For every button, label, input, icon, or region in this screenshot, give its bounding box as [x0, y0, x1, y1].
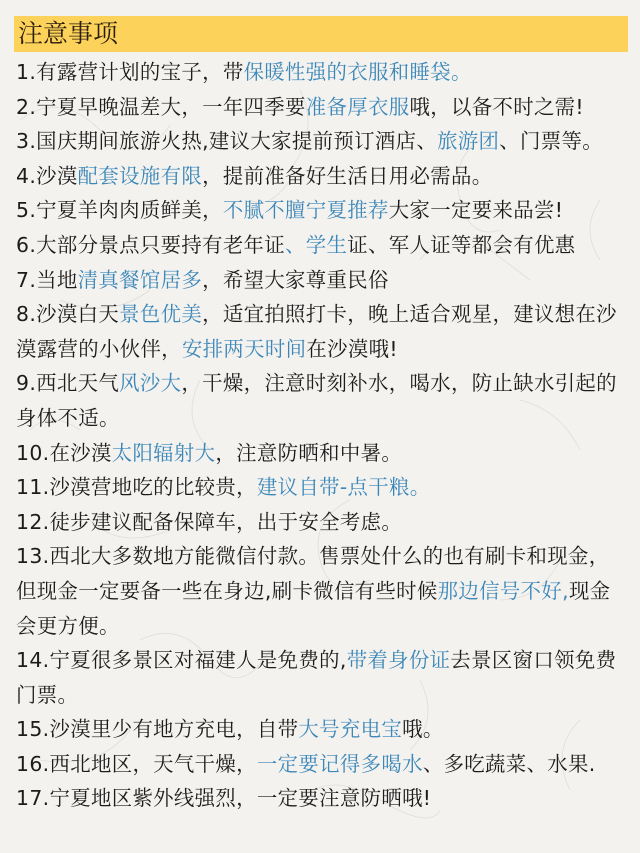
note-text: 3.国庆期间旅游火热,建议大家提前预订酒店、 — [16, 129, 437, 153]
note-highlight: 一定要记得多喝水 — [257, 752, 423, 776]
note-highlight: 太阳辐射大 — [112, 441, 216, 465]
note-highlight: 清真餐馆居多 — [78, 268, 202, 292]
notes-document: 注意事项 1.有露营计划的宝子，带保暖性强的衣服和睡袋。 2.宁夏早晚温差大，一… — [14, 16, 628, 816]
note-highlight: 、学生 — [285, 233, 347, 257]
note-item-5: 5.宁夏羊肉肉质鲜美，不腻不膻宁夏推荐大家一定要来品尝! — [16, 193, 628, 228]
notes-list: 1.有露营计划的宝子，带保暖性强的衣服和睡袋。 2.宁夏早晚温差大，一年四季要准… — [14, 55, 628, 816]
note-text: 2.宁夏早晚温差大，一年四季要 — [16, 95, 306, 119]
note-highlight: 大号充电宝 — [298, 717, 402, 741]
note-highlight: 安排两天时间 — [182, 337, 306, 361]
note-text: 在沙漠哦! — [306, 337, 398, 361]
note-item-1: 1.有露营计划的宝子，带保暖性强的衣服和睡袋。 — [16, 55, 628, 90]
note-text: ，提前准备好生活日用必需品。 — [202, 164, 492, 188]
note-highlight: 准备厚衣服 — [306, 95, 410, 119]
note-text: 17.宁夏地区紫外线强烈，一定要注意防晒哦! — [16, 786, 431, 810]
note-text: 证、军人证等都会有优惠 — [347, 233, 575, 257]
title-banner: 注意事项 — [14, 16, 628, 52]
note-text: 5.宁夏羊肉肉质鲜美， — [16, 198, 223, 222]
note-highlight: 风沙大 — [119, 371, 181, 395]
note-text: 10.在沙漠 — [16, 441, 112, 465]
note-text: 8.沙漠白天 — [16, 302, 119, 326]
note-text: 大家一定要来品尝! — [389, 198, 563, 222]
note-item-14: 14.宁夏很多景区对福建人是免费的,带着身份证去景区窗口领免费门票。 — [16, 643, 628, 712]
note-text: 15.沙漠里少有地方充电，自带 — [16, 717, 298, 741]
note-item-15: 15.沙漠里少有地方充电，自带大号充电宝哦。 — [16, 712, 628, 747]
note-item-10: 10.在沙漠太阳辐射大，注意防晒和中暑。 — [16, 436, 628, 471]
note-text: 1.有露营计划的宝子，带 — [16, 60, 244, 84]
note-item-3: 3.国庆期间旅游火热,建议大家提前预订酒店、旅游团、门票等。 — [16, 124, 628, 159]
note-item-8: 8.沙漠白天景色优美，适宜拍照打卡，晚上适合观星，建议想在沙漠露营的小伙伴，安排… — [16, 297, 628, 366]
note-highlight: 配套设施有限 — [78, 164, 202, 188]
note-item-16: 16.西北地区，天气干燥，一定要记得多喝水、多吃蔬菜、水果. — [16, 747, 628, 782]
note-text: 12.徒步建议配备保障车，出于安全考虑。 — [16, 510, 402, 534]
note-item-13: 13.西北大多数地方能微信付款。售票处什么的也有刷卡和现金，但现金一定要备一些在… — [16, 539, 628, 643]
note-text: 9.西北天气 — [16, 371, 119, 395]
note-item-11: 11.沙漠营地吃的比较贵，建议自带-点干粮。 — [16, 470, 628, 505]
note-text: ，注意防晒和中暑。 — [215, 441, 402, 465]
note-item-17: 17.宁夏地区紫外线强烈，一定要注意防晒哦! — [16, 781, 628, 816]
note-text: 哦，以备不时之需! — [410, 95, 584, 119]
page-title: 注意事项 — [18, 16, 118, 52]
note-item-12: 12.徒步建议配备保障车，出于安全考虑。 — [16, 505, 628, 540]
note-text: 、门票等。 — [499, 129, 603, 153]
note-text: 4.沙漠 — [16, 164, 78, 188]
note-highlight: 保暖性强的衣服和睡袋。 — [244, 60, 472, 84]
note-text: ，希望大家尊重民俗 — [202, 268, 389, 292]
note-item-4: 4.沙漠配套设施有限，提前准备好生活日用必需品。 — [16, 159, 628, 194]
note-highlight: 那边信号不好, — [438, 579, 569, 603]
note-item-9: 9.西北天气风沙大，干燥，注意时刻补水，喝水，防止缺水引起的身体不适。 — [16, 366, 628, 435]
note-text: 、多吃蔬菜、水果. — [423, 752, 596, 776]
note-text: 7.当地 — [16, 268, 78, 292]
note-text: 11.沙漠营地吃的比较贵， — [16, 475, 257, 499]
note-text: 6.大部分景点只要持有老年证 — [16, 233, 285, 257]
note-highlight: 旅游团 — [437, 129, 499, 153]
note-item-7: 7.当地清真餐馆居多，希望大家尊重民俗 — [16, 263, 628, 298]
note-text: 16.西北地区，天气干燥， — [16, 752, 257, 776]
note-highlight: 景色优美 — [119, 302, 202, 326]
note-highlight: 带着身份证 — [347, 648, 451, 672]
note-text: 14.宁夏很多景区对福建人是免费的, — [16, 648, 347, 672]
note-text: 哦。 — [402, 717, 443, 741]
note-highlight: 建议自带-点干粮。 — [257, 475, 431, 499]
note-highlight: 不腻不膻宁夏推荐 — [223, 198, 389, 222]
note-item-2: 2.宁夏早晚温差大，一年四季要准备厚衣服哦，以备不时之需! — [16, 90, 628, 125]
note-item-6: 6.大部分景点只要持有老年证、学生证、军人证等都会有优惠 — [16, 228, 628, 263]
